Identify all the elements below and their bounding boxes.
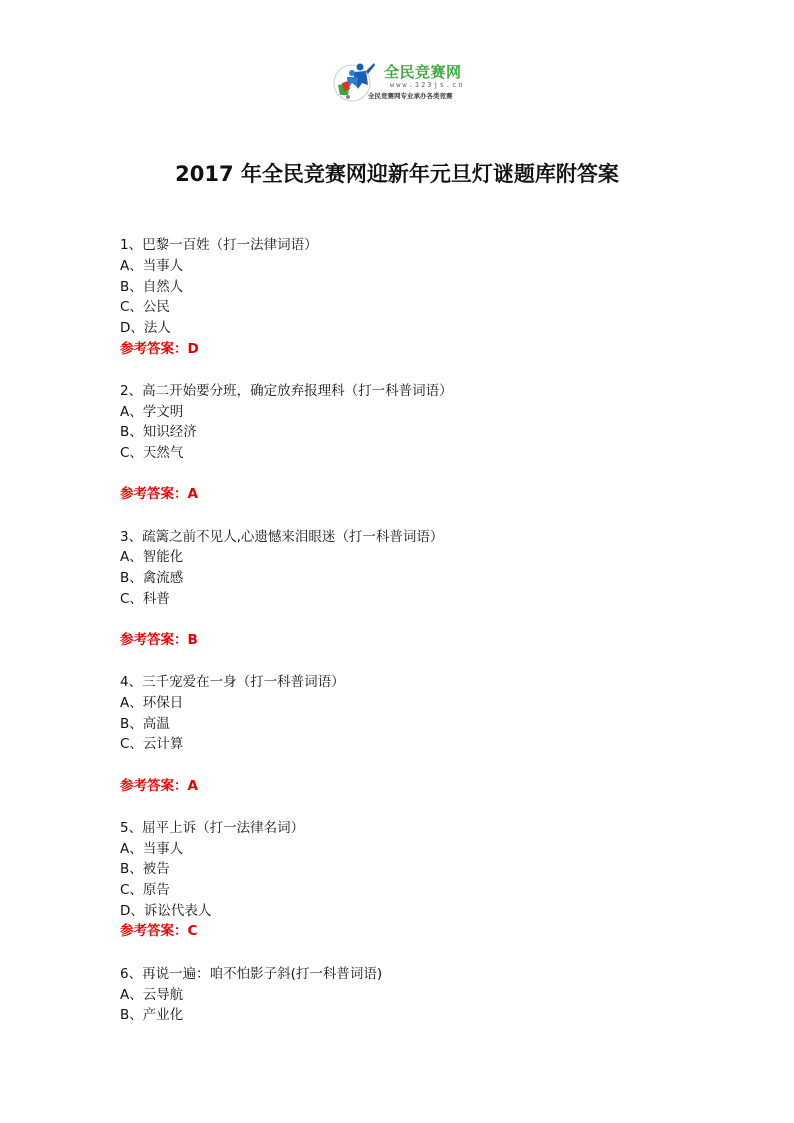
question-4-option-a: A、环保日	[120, 693, 183, 713]
question-1-answer: 参考答案：D	[120, 339, 199, 359]
question-3-option-a: A、智能化	[120, 547, 183, 567]
question-2-option-b: B、知识经济	[120, 422, 197, 442]
question-2-option-a: A、学文明	[120, 402, 183, 422]
question-5-option-c: C、原告	[120, 880, 170, 900]
question-5-option-b: B、被告	[120, 859, 170, 879]
site-logo: 全民竞赛网 www.123js.cn 全民竞赛网专业承办各类竞赛	[330, 57, 470, 105]
logo-url: www.123js.cn	[390, 81, 465, 89]
question-2-option-c: C、天然气	[120, 443, 183, 463]
question-4: 4、三千宠爱在一身（打一科普词语）	[120, 672, 345, 692]
question-3-answer: 参考答案：B	[120, 630, 198, 650]
question-3-option-c: C、科普	[120, 589, 170, 609]
question-6-option-b: B、产业化	[120, 1005, 183, 1025]
question-1-option-d: D、法人	[120, 318, 171, 338]
question-4-answer: 参考答案：A	[120, 776, 198, 796]
question-5: 5、屈平上诉（打一法律名词）	[120, 818, 304, 838]
logo-slogan: 全民竞赛网专业承办各类竞赛	[368, 91, 453, 100]
question-2-answer: 参考答案：A	[120, 484, 198, 504]
question-1-option-a: A、当事人	[120, 256, 183, 276]
question-1-option-c: C、公民	[120, 297, 170, 317]
question-5-option-a: A、当事人	[120, 839, 183, 859]
question-6-option-a: A、云导航	[120, 985, 183, 1005]
question-5-answer: 参考答案：C	[120, 921, 197, 941]
question-4-option-b: B、高温	[120, 714, 170, 734]
question-1: 1、巴黎一百姓（打一法律词语）	[120, 235, 318, 255]
question-4-option-c: C、云计算	[120, 734, 183, 754]
question-3-option-b: B、禽流感	[120, 568, 183, 588]
question-1-option-b: B、自然人	[120, 277, 183, 297]
question-6: 6、再说一遍：咱不怕影子斜(打一科普词语)	[120, 964, 382, 984]
question-3: 3、疏篱之前不见人,心遗憾来泪眼迷（打一科普词语）	[120, 527, 443, 547]
logo-title: 全民竞赛网	[384, 61, 462, 82]
document-title: 2017 年全民竞赛网迎新年元旦灯谜题库附答案	[0, 158, 794, 188]
question-2: 2、高二开始要分班，确定放弃报理科（打一科普词语）	[120, 381, 453, 401]
question-5-option-d: D、诉讼代表人	[120, 901, 211, 921]
